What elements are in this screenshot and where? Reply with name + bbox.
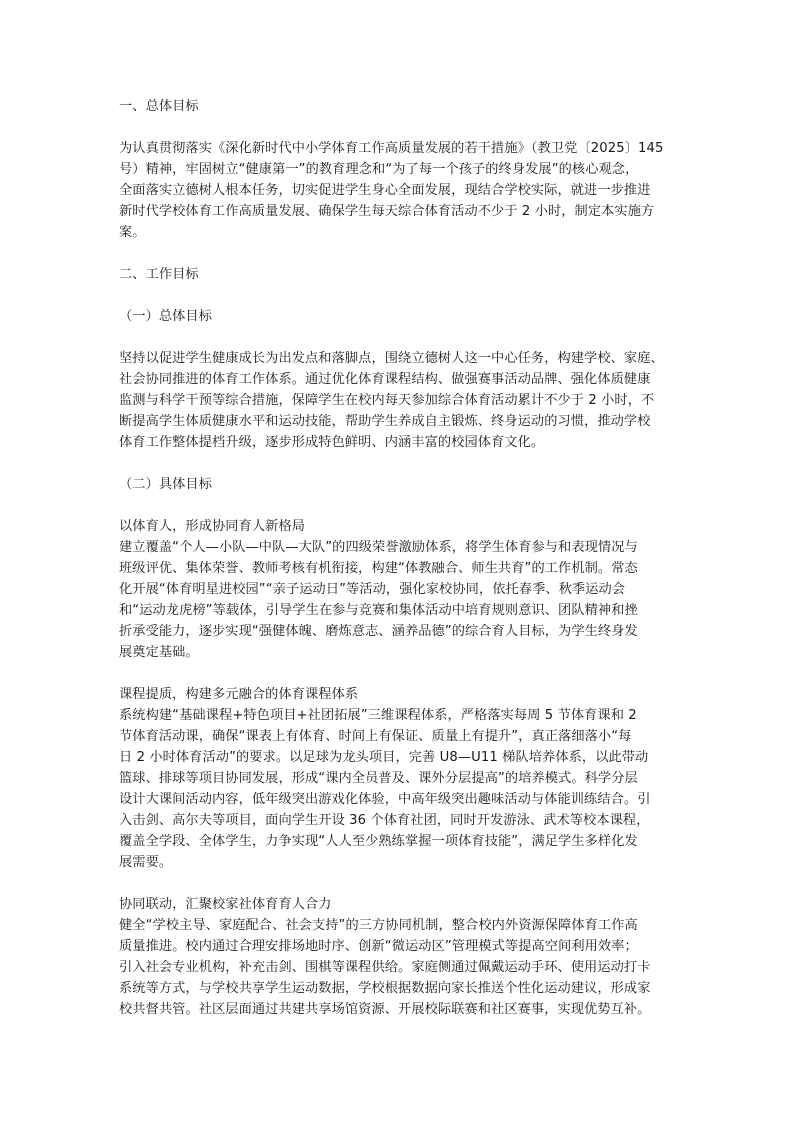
paragraph: 为认真贯彻落实《深化新时代中小学体育工作高质量发展的若干措施》（教卫党〔2025… [119, 138, 675, 243]
text-line: 展奠定基础。 [119, 642, 675, 663]
text-line: 案。 [119, 222, 675, 243]
goal-title: 协同联动，汇聚校家社体育育人合力 [119, 894, 675, 915]
text-line: 新时代学校体育工作高质量发展、确保学生每天综合体育活动不少于 2 小时，制定本实… [119, 201, 675, 222]
text-line: 入击剑、高尔夫等项目，面向学生开设 36 个体育社团，同时开发游泳、武术等校本课… [119, 810, 675, 831]
section-heading: 一、总体目标 [119, 96, 675, 117]
section-heading: 二、工作目标 [119, 264, 675, 285]
goal-item: 以体育人，形成协同育人新格局 建立覆盖“个人—小队—中队—大队”的四级荣誉激励体… [119, 516, 675, 663]
goal-title: 以体育人，形成协同育人新格局 [119, 516, 675, 537]
text-line: 展需要。 [119, 852, 675, 873]
text-line: 为认真贯彻落实《深化新时代中小学体育工作高质量发展的若干措施》（教卫党〔2025… [119, 138, 675, 159]
goal-item: 协同联动，汇聚校家社体育育人合力 健全“学校主导、家庭配合、社会支持”的三方协同… [119, 894, 675, 1020]
text-line: 班级评优、集体荣誉、教师考核有机衔接，构建“体教融合、师生共育”的工作机制。常态 [119, 558, 675, 579]
text-line: 监测与科学干预等综合措施，保障学生在校内每天参加综合体育活动累计不少于 2 小时… [119, 390, 675, 411]
text-line: 号）精神，牢固树立“健康第一”的教育理念和“为了每一个孩子的终身发展”的核心观念… [119, 159, 675, 180]
text-line: 节体育活动课，确保“课表上有体育、时间上有保证、质量上有提升”，真正落细落小“每 [119, 726, 675, 747]
text-line: 社会协同推进的体育工作体系。通过优化体育课程结构、做强赛事活动品牌、强化体质健康 [119, 369, 675, 390]
text-line: 建立覆盖“个人—小队—中队—大队”的四级荣誉激励体系，将学生体育参与和表现情况与 [119, 537, 675, 558]
text-line: 设计大课间活动内容，低年级突出游戏化体验，中高年级突出趣味活动与体能训练结合。引 [119, 789, 675, 810]
text-line: 健全“学校主导、家庭配合、社会支持”的三方协同机制，整合校内外资源保障体育工作高 [119, 915, 675, 936]
text-line: 化开展“体育明星进校园”“亲子运动日”等活动，强化家校协同，依托春季、秋季运动会 [119, 579, 675, 600]
text-line: 篮球、排球等项目协同发展，形成“课内全员普及、课外分层提高”的培养模式。科学分层 [119, 768, 675, 789]
text-line: 体育工作整体提档升级，逐步形成特色鲜明、内涵丰富的校园体育文化。 [119, 432, 675, 453]
goal-item: 课程提质，构建多元融合的体育课程体系 系统构建“基础课程+特色项目+社团拓展”三… [119, 684, 675, 873]
text-line: 坚持以促进学生健康成长为出发点和落脚点，围绕立德树人这一中心任务，构建学校、家庭… [119, 348, 675, 369]
goal-title: 课程提质，构建多元融合的体育课程体系 [119, 684, 675, 705]
text-line: 和“运动龙虎榜”等载体，引导学生在参与竞赛和集体活动中培育规则意识、团队精神和挫 [119, 600, 675, 621]
text-line: 系统构建“基础课程+特色项目+社团拓展”三维课程体系，严格落实每周 5 节体育课… [119, 705, 675, 726]
text-line: 断提高学生体质健康水平和运动技能，帮助学生养成自主锻炼、终身运动的习惯，推动学校 [119, 411, 675, 432]
text-line: 系统等方式，与学校共享学生运动数据，学校根据数据向家长推送个性化运动建议，形成家 [119, 978, 675, 999]
text-line: 校共督共管。社区层面通过共建共享场馆资源、开展校际联赛和社区赛事，实现优势互补。 [119, 999, 675, 1020]
text-line: 引入社会专业机构，补充击剑、围棋等课程供给。家庭侧通过佩戴运动手环、使用运动打卡 [119, 957, 675, 978]
text-line: 全面落实立德树人根本任务，切实促进学生身心全面发展，现结合学校实际，就进一步推进 [119, 180, 675, 201]
subsection-heading: （二）具体目标 [119, 474, 675, 495]
paragraph: 坚持以促进学生健康成长为出发点和落脚点，围绕立德树人这一中心任务，构建学校、家庭… [119, 348, 675, 453]
text-line: 质量推进。校内通过合理安排场地时序、创新“微运动区”管理模式等提高空间利用效率； [119, 936, 675, 957]
subsection-heading: （一）总体目标 [119, 306, 675, 327]
document-page: 一、总体目标 为认真贯彻落实《深化新时代中小学体育工作高质量发展的若干措施》（教… [119, 96, 675, 1020]
text-line: 覆盖全学段、全体学生，力争实现“人人至少熟练掌握一项体育技能”，满足学生多样化发 [119, 831, 675, 852]
text-line: 日 2 小时体育活动”的要求。以足球为龙头项目，完善 U8—U11 梯队培养体系… [119, 747, 675, 768]
text-line: 折承受能力，逐步实现“强健体魄、磨炼意志、涵养品德”的综合育人目标，为学生终身发 [119, 621, 675, 642]
